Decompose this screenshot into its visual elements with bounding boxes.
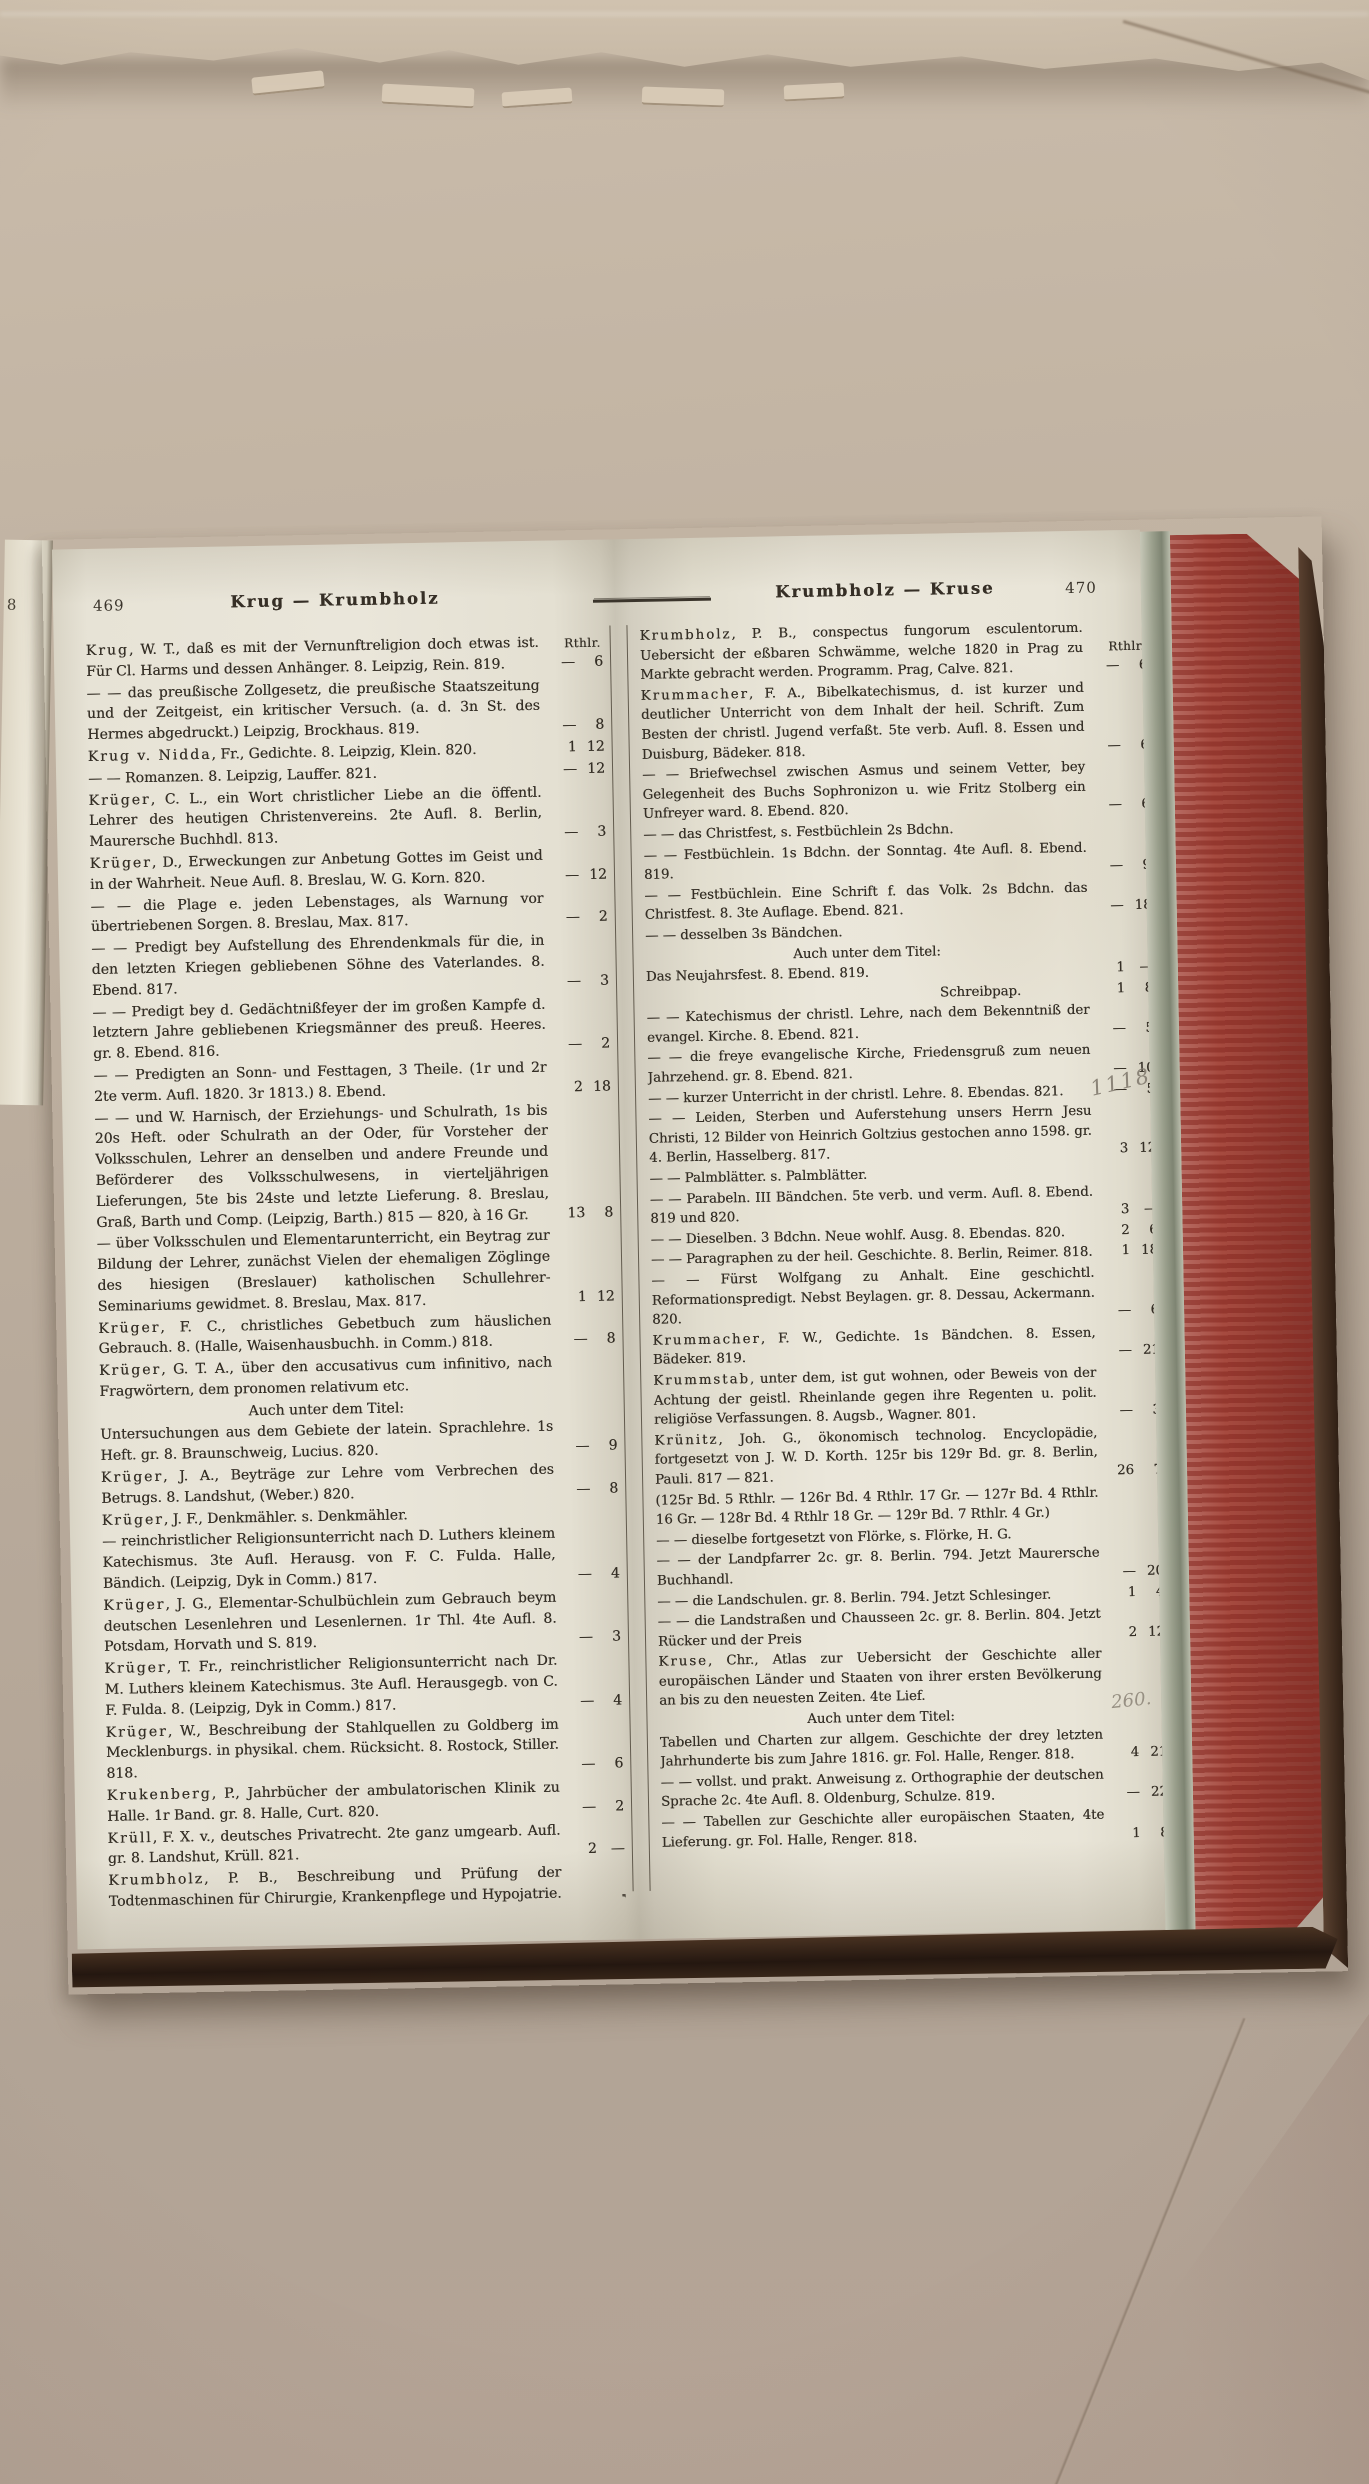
price-rthlr: 4 bbox=[1111, 1743, 1139, 1763]
price: —9 bbox=[561, 1436, 617, 1458]
entry-text: Krummstab, unter dem, ist gut wohnen, od… bbox=[653, 1366, 1097, 1428]
catalog-entry: — reinchristlicher Religionsunterricht n… bbox=[102, 1523, 620, 1595]
book: 469 Krug — Krumbholz Krumbholz — Kruse 4… bbox=[42, 516, 1348, 1994]
entry-text: — — die freye evangelische Kirche, Fried… bbox=[647, 1043, 1090, 1086]
edge-page-digit: 8 bbox=[7, 596, 17, 614]
entry-text: — — Festbüchlein. Eine Schrift f. das Vo… bbox=[644, 880, 1087, 923]
price: 112 bbox=[548, 737, 604, 759]
entry-text: Schreibpap. bbox=[940, 984, 1022, 1000]
price-gr: 2 bbox=[580, 907, 608, 928]
price-rthlr: — bbox=[1095, 856, 1123, 876]
entry-text: — — Briefwechsel zwischen Asmus und sein… bbox=[642, 760, 1086, 822]
price-rthlr: 1 bbox=[570, 1903, 598, 1913]
price-rthlr: 3 bbox=[1100, 1139, 1128, 1159]
price: 112 bbox=[559, 1286, 615, 1308]
entry-text: Krug, W. T., daß es mit der Vernunftreli… bbox=[86, 635, 539, 680]
price: 312 bbox=[1100, 1139, 1156, 1160]
entry-text: Das Neujahrsfest. 8. Ebend. 819. bbox=[646, 966, 869, 985]
price-rthlr: — bbox=[561, 1436, 589, 1457]
price-rthlr: — bbox=[564, 1564, 592, 1585]
entry-text: Krug v. Nidda, Fr., Gedichte. 8. Leipzig… bbox=[88, 742, 477, 765]
price: 14 bbox=[1108, 1582, 1164, 1603]
price-rthlr: 1 bbox=[1102, 1241, 1130, 1261]
price-rthlr: — bbox=[565, 1627, 593, 1648]
price: —8 bbox=[559, 1329, 615, 1351]
price: —4 bbox=[566, 1690, 622, 1712]
price-gr: 12 bbox=[579, 864, 607, 885]
price-gr: 4 bbox=[592, 1563, 620, 1584]
price-gr: 3 bbox=[578, 822, 606, 843]
price-rthlr: — bbox=[553, 971, 581, 992]
price-gr: 9 bbox=[589, 1436, 617, 1457]
price-gr: 12 bbox=[587, 1286, 615, 1307]
price-gr: 6 bbox=[595, 1754, 623, 1775]
catalog-entry: Krüger, T. Fr., reinchristlicher Religio… bbox=[104, 1650, 622, 1722]
price-rthlr: — bbox=[562, 1479, 590, 1500]
entry-text: Krüger, T. Fr., reinchristlicher Religio… bbox=[104, 1653, 558, 1719]
handwritten-mark: 260. bbox=[1110, 1688, 1152, 1713]
price: —5 bbox=[1098, 1018, 1154, 1039]
photo-scene: 8 469 Krug — Krumbholz Krumbholz — Kruse… bbox=[0, 0, 1369, 2484]
entry-text: — — der Landpfarrer 2c. gr. 8. Berlin. 7… bbox=[656, 1546, 1099, 1589]
price-rthlr: — bbox=[1103, 1301, 1131, 1321]
price: —20 bbox=[1108, 1561, 1164, 1582]
entry-text: — — und W. Harnisch, der Erziehungs- und… bbox=[94, 1102, 549, 1230]
price: —12 bbox=[549, 758, 605, 780]
entry-text: — — die Plage e. jeden Lebenstages, als … bbox=[90, 890, 543, 935]
price: 112 bbox=[570, 1902, 626, 1913]
entry-text: — — Fürst Wolfgang zu Anhalt. Eine gesch… bbox=[651, 1266, 1095, 1328]
price-brace: } bbox=[619, 1897, 626, 1913]
price-rthlr: 1 bbox=[1112, 1824, 1140, 1844]
price-gr: 3 bbox=[581, 970, 609, 991]
entry-text: Krüger, J. G., Elementar-Schulbüchlein z… bbox=[103, 1589, 557, 1655]
price: —18 bbox=[1095, 896, 1151, 917]
price-rthlr: 3 bbox=[1101, 1200, 1129, 1220]
entry-text: Krüger, J. A., Beyträge zur Lehre vom Ve… bbox=[101, 1462, 554, 1507]
price-gr: 18 bbox=[583, 1076, 611, 1097]
price: 18 bbox=[1112, 1823, 1168, 1844]
catalog-entry: Krumbholz, P. B., conspectus fungorum es… bbox=[639, 618, 1147, 686]
price: —9 bbox=[1095, 856, 1151, 877]
entry-text: — — das preußische Zollgesetz, die preuß… bbox=[86, 677, 540, 743]
catalog-entry: — über Volksschulen und Elementarunterri… bbox=[97, 1225, 615, 1318]
price-rthlr: — bbox=[1093, 736, 1121, 756]
entry-text: — — Festbüchlein. 1s Bdchn. der Sonntag.… bbox=[644, 840, 1087, 883]
entry-text: — — Predigt bey d. Gedächtnißfeyer der i… bbox=[92, 996, 546, 1062]
entry-text: — — desselben 3s Bändchen. bbox=[645, 925, 843, 944]
catalog-entry: Krüger, J. G., Elementar-Schulbüchlein z… bbox=[103, 1586, 621, 1658]
price: —6 bbox=[547, 651, 603, 673]
price: 1— bbox=[1097, 958, 1153, 979]
catalog-entry: Krummacher, F. A., Bibelkatechismus, d. … bbox=[641, 677, 1149, 765]
price-gr: — bbox=[597, 1839, 625, 1860]
price: —3 bbox=[1105, 1401, 1161, 1422]
price-gr: 2 bbox=[596, 1796, 624, 1817]
price: —6 bbox=[1093, 735, 1149, 756]
page-header-left: Krug — Krumbholz bbox=[145, 587, 525, 613]
entry-text: Kruse, Chr., Atlas zur Uebersicht der Ge… bbox=[658, 1647, 1102, 1709]
catalog-entry: — — das preußische Zollgesetz, die preuß… bbox=[86, 674, 604, 746]
catalog-entry: — — Predigt bey Aufstellung des Ehrenden… bbox=[91, 930, 609, 1002]
price: —3 bbox=[565, 1627, 621, 1649]
entry-text: Auch unter dem Titel: bbox=[793, 944, 941, 962]
torn-paper-piece bbox=[642, 87, 725, 108]
entry-text: Krummacher, F. W., Gedichte. 1s Bändchen… bbox=[652, 1325, 1095, 1368]
entry-text: — — Romanzen. 8. Leipzig, Lauffer. 821. bbox=[88, 766, 377, 787]
price-rthlr: 2 bbox=[1101, 1221, 1129, 1241]
price-gr: 12 bbox=[598, 1902, 626, 1913]
left-column: Krug, W. T., daß es mit der Vernunftreli… bbox=[86, 632, 626, 1913]
entry-text: Krumbholz, P. B., conspectus fungorum es… bbox=[640, 621, 1084, 683]
price-rthlr: — bbox=[550, 822, 578, 843]
price-rthlr: — bbox=[1098, 1019, 1126, 1039]
price-gr: 8 bbox=[590, 1478, 618, 1499]
entry-text: Krüger, C. L., ein Wort christlicher Lie… bbox=[88, 784, 542, 850]
price: —3 bbox=[553, 970, 609, 992]
catalog-entry: Krünitz, Joh. G., ökonomisch technolog. … bbox=[654, 1422, 1162, 1490]
price-gr: 6 bbox=[575, 651, 603, 672]
entry-text: — — vollst. und prakt. Anweisung z. Orth… bbox=[661, 1767, 1104, 1810]
price-gr: 8 bbox=[585, 1202, 613, 1223]
price: 212 bbox=[1109, 1622, 1165, 1643]
entry-text: Krünitz, Joh. G., ökonomisch technolog. … bbox=[654, 1425, 1098, 1487]
price-gr: 8 bbox=[576, 715, 604, 736]
price-rthlr: 1 bbox=[1108, 1582, 1136, 1602]
price-gr: 3 bbox=[593, 1627, 621, 1648]
price-rthlr: 13 bbox=[557, 1203, 585, 1224]
entry-text: — — Predigt bey Aufstellung des Ehrenden… bbox=[91, 933, 545, 999]
price-rthlr: — bbox=[1105, 1401, 1133, 1421]
entry-text: — reinchristlicher Religionsunterricht n… bbox=[102, 1526, 556, 1592]
price-gr: 8 bbox=[587, 1329, 615, 1350]
price-rthlr: — bbox=[1104, 1341, 1132, 1361]
price: 218 bbox=[555, 1076, 611, 1098]
price-rthlr: 2 bbox=[1109, 1623, 1137, 1643]
price: 421 bbox=[1111, 1743, 1167, 1764]
price-rthlr: — bbox=[554, 1034, 582, 1055]
price: —2 bbox=[554, 1034, 610, 1056]
price: —21 bbox=[1104, 1341, 1160, 1362]
price-unit-label: Rthlr. bbox=[564, 632, 601, 653]
price: —6 bbox=[567, 1754, 623, 1776]
entry-text: — — Leiden, Sterben und Auferstehung uns… bbox=[648, 1104, 1092, 1166]
catalog-entry: Krumbholz, P. B., Beschreibung und Prüfu… bbox=[108, 1862, 626, 1913]
entry-text: — — Palmblätter. s. Palmblätter. bbox=[649, 1168, 867, 1187]
entry-text: Krüll, F. X. v., deutsches Privatrecht. … bbox=[107, 1822, 560, 1867]
entry-text: — — Katechismus der christl. Lehre, nach… bbox=[647, 1003, 1090, 1046]
price: —22 bbox=[1112, 1783, 1168, 1804]
entry-text: — — die Landstraßen und Chausseen 2c. gr… bbox=[658, 1607, 1101, 1650]
price: —12 bbox=[551, 864, 607, 886]
price-rthlr: — bbox=[1095, 896, 1123, 916]
catalog-entry: Krummstab, unter dem, ist gut wohnen, od… bbox=[653, 1362, 1161, 1430]
price-rthlr: — bbox=[566, 1691, 594, 1712]
price-rthlr: — bbox=[549, 759, 577, 780]
entry-text: — — Tabellen zur Geschichte aller europä… bbox=[661, 1808, 1104, 1851]
price-rthlr: 1 bbox=[1097, 979, 1125, 999]
price: 3— bbox=[1101, 1200, 1157, 1221]
page-number-right: 470 bbox=[1065, 579, 1097, 598]
price-rthlr: 26 bbox=[1106, 1461, 1134, 1481]
price-rthlr: — bbox=[551, 865, 579, 886]
cardboard-shading bbox=[1039, 2014, 1369, 2484]
catalog-entry: Krüger, C. L., ein Wort christlicher Lie… bbox=[88, 781, 606, 853]
entry-text: — — Predigten an Sonn- und Festtagen, 3 … bbox=[93, 1060, 546, 1105]
price: 118 bbox=[1102, 1241, 1158, 1262]
price: 18 bbox=[1097, 978, 1153, 999]
price: —8 bbox=[562, 1478, 618, 1500]
entry-text: — über Volksschulen und Elementarunterri… bbox=[97, 1228, 551, 1315]
price-rthlr: — bbox=[1112, 1783, 1140, 1803]
header-rule bbox=[593, 598, 711, 603]
price: —2 bbox=[568, 1796, 624, 1818]
catalog-entry: — — Fürst Wolfgang zu Anhalt. Eine gesch… bbox=[651, 1263, 1159, 1331]
entry-text: — — dieselbe fortgesetzt von Flörke, s. … bbox=[656, 1527, 1012, 1549]
entry-text: — — das Christfest, s. Festbüchlein 2s B… bbox=[643, 822, 953, 843]
cardboard-fold-line bbox=[0, 12, 1369, 16]
price: —8 bbox=[548, 715, 604, 737]
entry-text: Krumbholz, P. B., Beschreibung und Prüfu… bbox=[108, 1865, 562, 1913]
price-gr: 12 bbox=[576, 737, 604, 758]
entry-text: Krüger, F. C., christliches Gebetbuch zu… bbox=[98, 1312, 551, 1357]
catalog-entry: — — Predigt bey d. Gedächtnißfeyer der i… bbox=[92, 993, 610, 1065]
price: —6 bbox=[1091, 656, 1147, 677]
entry-text: (125r Bd. 5 Rthlr. — 126r Bd. 4 Rthlr. 1… bbox=[655, 1485, 1098, 1528]
entry-text: Krüger, J. F., Denkmähler. s. Denkmähler… bbox=[102, 1507, 408, 1529]
price-rthlr: 2 bbox=[555, 1077, 583, 1098]
price-rthlr: 1 bbox=[548, 737, 576, 758]
price-gr: 4 bbox=[594, 1690, 622, 1711]
price-rthlr: — bbox=[547, 652, 575, 673]
catalog-entry: — — und W. Harnisch, der Erziehungs- und… bbox=[94, 1099, 613, 1233]
price-rthlr: — bbox=[559, 1329, 587, 1350]
price-gr: 2 bbox=[582, 1034, 610, 1055]
price: 26 bbox=[1101, 1220, 1157, 1241]
price-rthlr: 1 bbox=[1097, 958, 1125, 978]
entry-text: Tabellen und Charten zur allgem. Geschic… bbox=[660, 1727, 1103, 1770]
catalog-entry: Kruse, Chr., Atlas zur Uebersicht der Ge… bbox=[658, 1644, 1166, 1712]
price-unit-label: Rthlr. bbox=[1108, 637, 1145, 657]
price-rthlr: — bbox=[1108, 1562, 1136, 1582]
entry-text: Auch unter dem Titel: bbox=[807, 1709, 955, 1727]
price-rthlr: — bbox=[552, 907, 580, 928]
price-rthlr: 1 bbox=[559, 1287, 587, 1308]
price: 138 bbox=[557, 1202, 613, 1224]
entry-text: Krukenberg, P., Jahrbücher der ambulator… bbox=[107, 1780, 560, 1825]
entry-text: Krummacher, F. A., Bibelkatechismus, d. … bbox=[641, 681, 1085, 763]
torn-paper-piece bbox=[784, 82, 845, 101]
price-gr: 12 bbox=[577, 758, 605, 779]
entry-text: Krüger, W., Beschreibung der Stahlquelle… bbox=[105, 1716, 559, 1782]
price: —2 bbox=[552, 907, 608, 929]
price-rthlr: 2 bbox=[569, 1839, 597, 1860]
price: 2— bbox=[569, 1839, 625, 1861]
entry-text: Krüger, D., Erweckungen zur Anbetung Got… bbox=[90, 848, 543, 893]
catalog-entry: Krüger, W., Beschreibung der Stahlquelle… bbox=[105, 1713, 623, 1785]
catalog-entry: — — Leiden, Sterben und Auferstehung uns… bbox=[648, 1101, 1156, 1169]
right-column: Krumbholz, P. B., conspectus fungorum es… bbox=[639, 618, 1169, 1909]
price: —6 bbox=[1103, 1301, 1159, 1322]
price: —4 bbox=[564, 1563, 620, 1585]
catalog-entry: — — Tabellen zur Geschichte aller europä… bbox=[661, 1804, 1169, 1852]
entry-text: — — Parabeln. III Bändchen. 5te verb. un… bbox=[650, 1184, 1093, 1227]
price: 267 bbox=[1106, 1460, 1162, 1481]
price-rthlr: — bbox=[568, 1797, 596, 1818]
entry-text: Krüger, G. T. A., über den accusativus c… bbox=[99, 1355, 552, 1400]
price-rthlr: — bbox=[567, 1754, 595, 1775]
page-number-left: 469 bbox=[93, 596, 125, 615]
catalog-entry: — — Briefwechsel zwischen Asmus und sein… bbox=[642, 757, 1150, 825]
price-rthlr: — bbox=[548, 715, 576, 736]
price-rthlr: — bbox=[1091, 656, 1119, 676]
open-pages: 469 Krug — Krumbholz Krumbholz — Kruse 4… bbox=[52, 530, 1165, 1950]
price: —6 bbox=[1094, 795, 1150, 816]
price: —3 bbox=[550, 822, 606, 844]
entry-text: Auch unter dem Titel: bbox=[248, 1400, 404, 1419]
price-rthlr: — bbox=[1094, 795, 1122, 815]
entry-text: Untersuchungen aus dem Gebiete der latei… bbox=[100, 1419, 553, 1464]
page-header-right: Krumbholz — Kruse bbox=[695, 577, 1075, 603]
